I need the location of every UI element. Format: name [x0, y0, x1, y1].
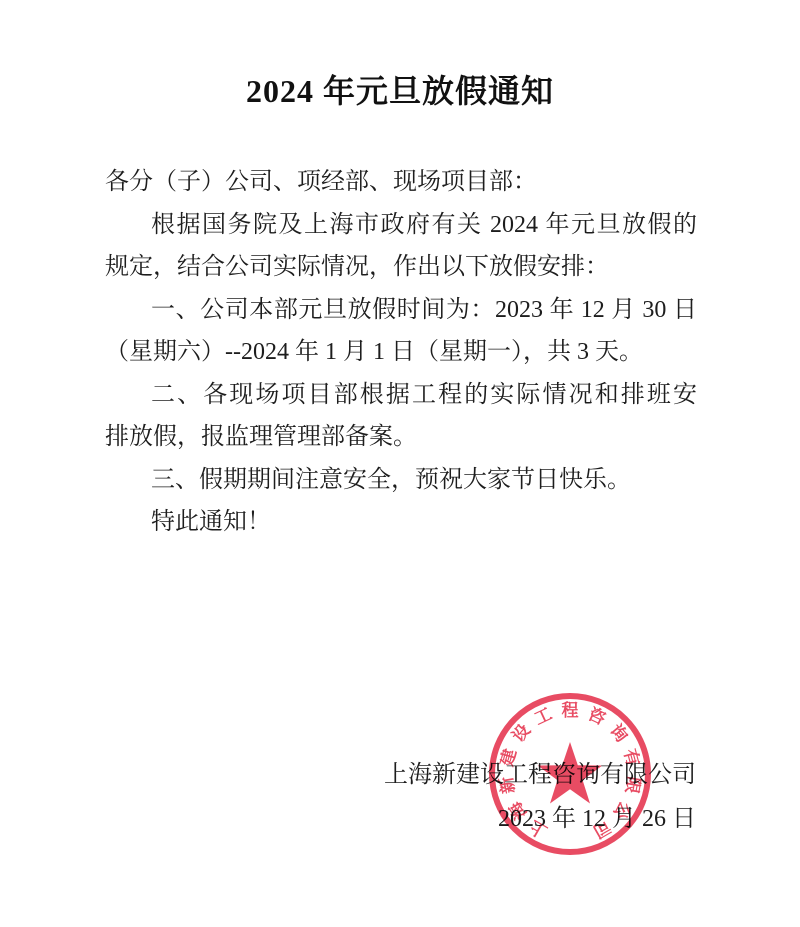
signature-company-name: 上海新建设工程咨询有限公司 [384, 753, 696, 797]
seal-ring-char: 咨 [585, 703, 609, 728]
body-line: 二、各现场项目部根据工程的实际情况和排班安 [105, 374, 697, 417]
body-line: （星期六）--2024 年 1 月 1 日（星期一），共 3 天。 [105, 331, 697, 374]
notice-document-page: 2024 年元旦放假通知 各分（子）公司、项经部、现场项目部：根据国务院及上海市… [0, 0, 800, 927]
body-line: 各分（子）公司、项经部、现场项目部： [105, 161, 697, 204]
seal-ring-char: 询 [606, 720, 632, 746]
body-line: 特此通知！ [105, 501, 697, 544]
seal-ring-char: 工 [531, 704, 554, 728]
document-title: 2024 年元旦放假通知 [0, 66, 800, 112]
body-line: 三、假期期间注意安全，预祝大家节日快乐。 [105, 459, 697, 502]
signature-block: 上海新建设工程咨询有限公司 2023 年 12 月 26 日 [384, 753, 696, 841]
seal-ring-char: 程 [562, 700, 579, 720]
body-line: 根据国务院及上海市政府有关 2024 年元旦放假的 [105, 204, 697, 247]
signature-date: 2023 年 12 月 26 日 [384, 797, 696, 841]
body-line: 一、公司本部元旦放假时间为：2023 年 12 月 30 日 [105, 289, 697, 332]
body-line: 规定，结合公司实际情况，作出以下放假安排： [105, 246, 697, 289]
seal-ring-char: 设 [508, 720, 534, 746]
body-line: 排放假，报监理管理部备案。 [105, 416, 697, 459]
body-lines: 各分（子）公司、项经部、现场项目部：根据国务院及上海市政府有关 2024 年元旦… [105, 161, 697, 544]
